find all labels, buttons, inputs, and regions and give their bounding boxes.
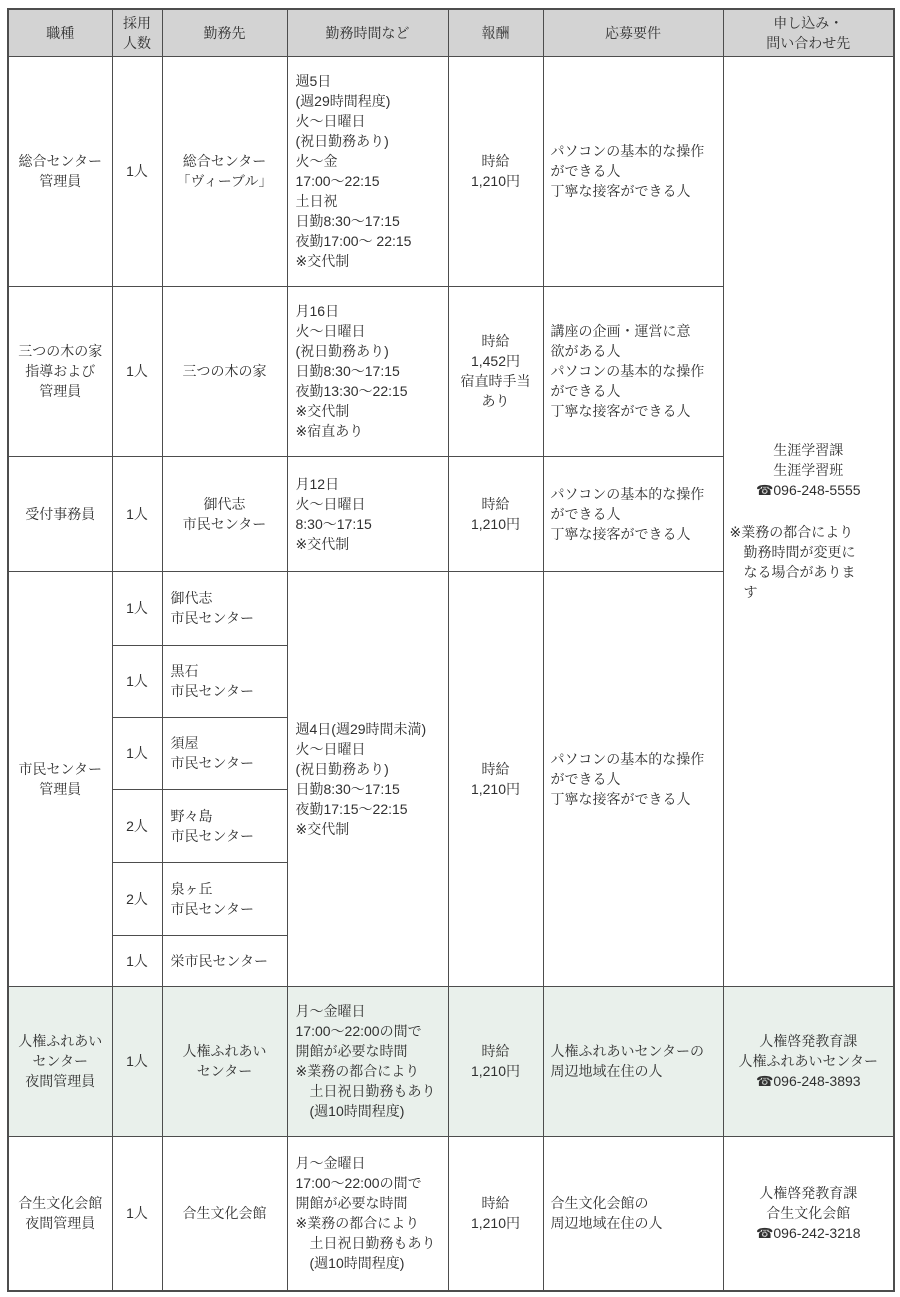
- shared-contact-department: 生涯学習課 生涯学習班 ☎096-248-5555: [728, 440, 890, 500]
- row-jinken-center: 人権ふれあい センター 夜間管理員 1人 人権ふれあい センター 月～金曜日 1…: [8, 986, 894, 1136]
- header-hours: 勤務時間など: [287, 9, 448, 56]
- cell-shimin-workplace-3: 須屋 市民センター: [162, 717, 287, 789]
- cell-reception-requirements: パソコンの基本的な操作 ができる人 丁寧な接客ができる人: [543, 456, 723, 571]
- cell-shimin-hires-3: 1人: [112, 717, 162, 789]
- header-contact-label: 申し込み・ 問い合わせ先: [766, 15, 850, 51]
- cell-jinken-contact: 人権啓発教育課 人権ふれあいセンター ☎096-248-3893: [723, 986, 894, 1136]
- shared-contact-note: ※業務の都合により 勤務時間が変更に なる場合がありま す: [728, 522, 890, 602]
- cell-mitsu-workplace: 三つの木の家: [162, 286, 287, 456]
- cell-shimin-hires-1: 1人: [112, 571, 162, 645]
- header-requirements: 応募要件: [543, 9, 723, 56]
- cell-sogo-title: 総合センター 管理員: [8, 56, 112, 286]
- cell-gosei-contact: 人権啓発教育課 合生文化会館 ☎096-242-3218: [723, 1136, 894, 1291]
- cell-reception-hires: 1人: [112, 456, 162, 571]
- cell-shimin-workplace-2: 黒石 市民センター: [162, 645, 287, 717]
- cell-sogo-hours: 週5日 (週29時間程度) 火～日曜日 (祝日勤務あり) 火～金 17:00～2…: [287, 56, 448, 286]
- header-hires-label: 採用 人数: [123, 15, 151, 51]
- cell-shimin-workplace-4: 野々島 市民センター: [162, 789, 287, 862]
- cell-mitsu-pay: 時給 1,452円 宿直時手当 あり: [448, 286, 543, 456]
- row-gosei-hall: 合生文化会館 夜間管理員 1人 合生文化会館 月～金曜日 17:00～22:00…: [8, 1136, 894, 1291]
- header-contact: 申し込み・ 問い合わせ先: [723, 9, 894, 56]
- cell-jinken-hours: 月～金曜日 17:00～22:00の間で 開館が必要な時間 ※業務の都合により …: [287, 986, 448, 1136]
- cell-shimin-hours: 週4日(週29時間未満) 火～日曜日 (祝日勤務あり) 日勤8:30～17:15…: [287, 571, 448, 986]
- cell-mitsu-requirements: 講座の企画・運営に意 欲がある人 パソコンの基本的な操作 ができる人 丁寧な接客…: [543, 286, 723, 456]
- cell-gosei-hours: 月～金曜日 17:00～22:00の間で 開館が必要な時間 ※業務の都合により …: [287, 1136, 448, 1291]
- header-pay-label: 報酬: [482, 25, 510, 41]
- job-listings-table: 職種 採用 人数 勤務先 勤務時間など 報酬 応募要件 申し込み・ 問い合わせ先…: [7, 8, 895, 1292]
- cell-mitsu-title: 三つの木の家 指導および 管理員: [8, 286, 112, 456]
- row-sogo-center: 総合センター 管理員 1人 総合センター 「ヴィーブル」 週5日 (週29時間程…: [8, 56, 894, 286]
- cell-shimin-pay: 時給 1,210円: [448, 571, 543, 986]
- cell-jinken-title: 人権ふれあい センター 夜間管理員: [8, 986, 112, 1136]
- header-workplace: 勤務先: [162, 9, 287, 56]
- cell-gosei-requirements: 合生文化会館の 周辺地域在住の人: [543, 1136, 723, 1291]
- header-requirements-label: 応募要件: [605, 25, 661, 41]
- cell-shared-contact: 生涯学習課 生涯学習班 ☎096-248-5555 ※業務の都合により 勤務時間…: [723, 56, 894, 986]
- cell-reception-hours: 月12日 火～日曜日 8:30～17:15 ※交代制: [287, 456, 448, 571]
- header-hours-label: 勤務時間など: [326, 25, 410, 41]
- cell-mitsu-hours: 月16日 火～日曜日 (祝日勤務あり) 日勤8:30～17:15 夜勤13:30…: [287, 286, 448, 456]
- header-hires: 採用 人数: [112, 9, 162, 56]
- cell-sogo-pay: 時給 1,210円: [448, 56, 543, 286]
- cell-shimin-hires-5: 2人: [112, 862, 162, 935]
- cell-mitsu-hires: 1人: [112, 286, 162, 456]
- cell-reception-workplace: 御代志 市民センター: [162, 456, 287, 571]
- cell-jinken-hires: 1人: [112, 986, 162, 1136]
- cell-gosei-hires: 1人: [112, 1136, 162, 1291]
- cell-jinken-workplace: 人権ふれあい センター: [162, 986, 287, 1136]
- table-header-row: 職種 採用 人数 勤務先 勤務時間など 報酬 応募要件 申し込み・ 問い合わせ先: [8, 9, 894, 56]
- header-job-type-label: 職種: [46, 25, 74, 41]
- cell-sogo-workplace: 総合センター 「ヴィーブル」: [162, 56, 287, 286]
- cell-shimin-requirements: パソコンの基本的な操作 ができる人 丁寧な接客ができる人: [543, 571, 723, 986]
- cell-shimin-hires-4: 2人: [112, 789, 162, 862]
- cell-jinken-pay: 時給 1,210円: [448, 986, 543, 1136]
- header-pay: 報酬: [448, 9, 543, 56]
- cell-shimin-title: 市民センター 管理員: [8, 571, 112, 986]
- cell-gosei-workplace: 合生文化会館: [162, 1136, 287, 1291]
- page: 職種 採用 人数 勤務先 勤務時間など 報酬 応募要件 申し込み・ 問い合わせ先…: [0, 0, 900, 1297]
- header-workplace-label: 勤務先: [204, 25, 246, 41]
- cell-reception-pay: 時給 1,210円: [448, 456, 543, 571]
- cell-shimin-hires-2: 1人: [112, 645, 162, 717]
- cell-shimin-workplace-1: 御代志 市民センター: [162, 571, 287, 645]
- cell-gosei-pay: 時給 1,210円: [448, 1136, 543, 1291]
- cell-sogo-requirements: パソコンの基本的な操作 ができる人 丁寧な接客ができる人: [543, 56, 723, 286]
- cell-jinken-requirements: 人権ふれあいセンターの 周辺地域在住の人: [543, 986, 723, 1136]
- cell-shimin-workplace-6: 栄市民センター: [162, 935, 287, 986]
- header-job-type: 職種: [8, 9, 112, 56]
- cell-shimin-hires-6: 1人: [112, 935, 162, 986]
- cell-sogo-hires: 1人: [112, 56, 162, 286]
- cell-shimin-workplace-5: 泉ヶ丘 市民センター: [162, 862, 287, 935]
- cell-gosei-title: 合生文化会館 夜間管理員: [8, 1136, 112, 1291]
- cell-reception-title: 受付事務員: [8, 456, 112, 571]
